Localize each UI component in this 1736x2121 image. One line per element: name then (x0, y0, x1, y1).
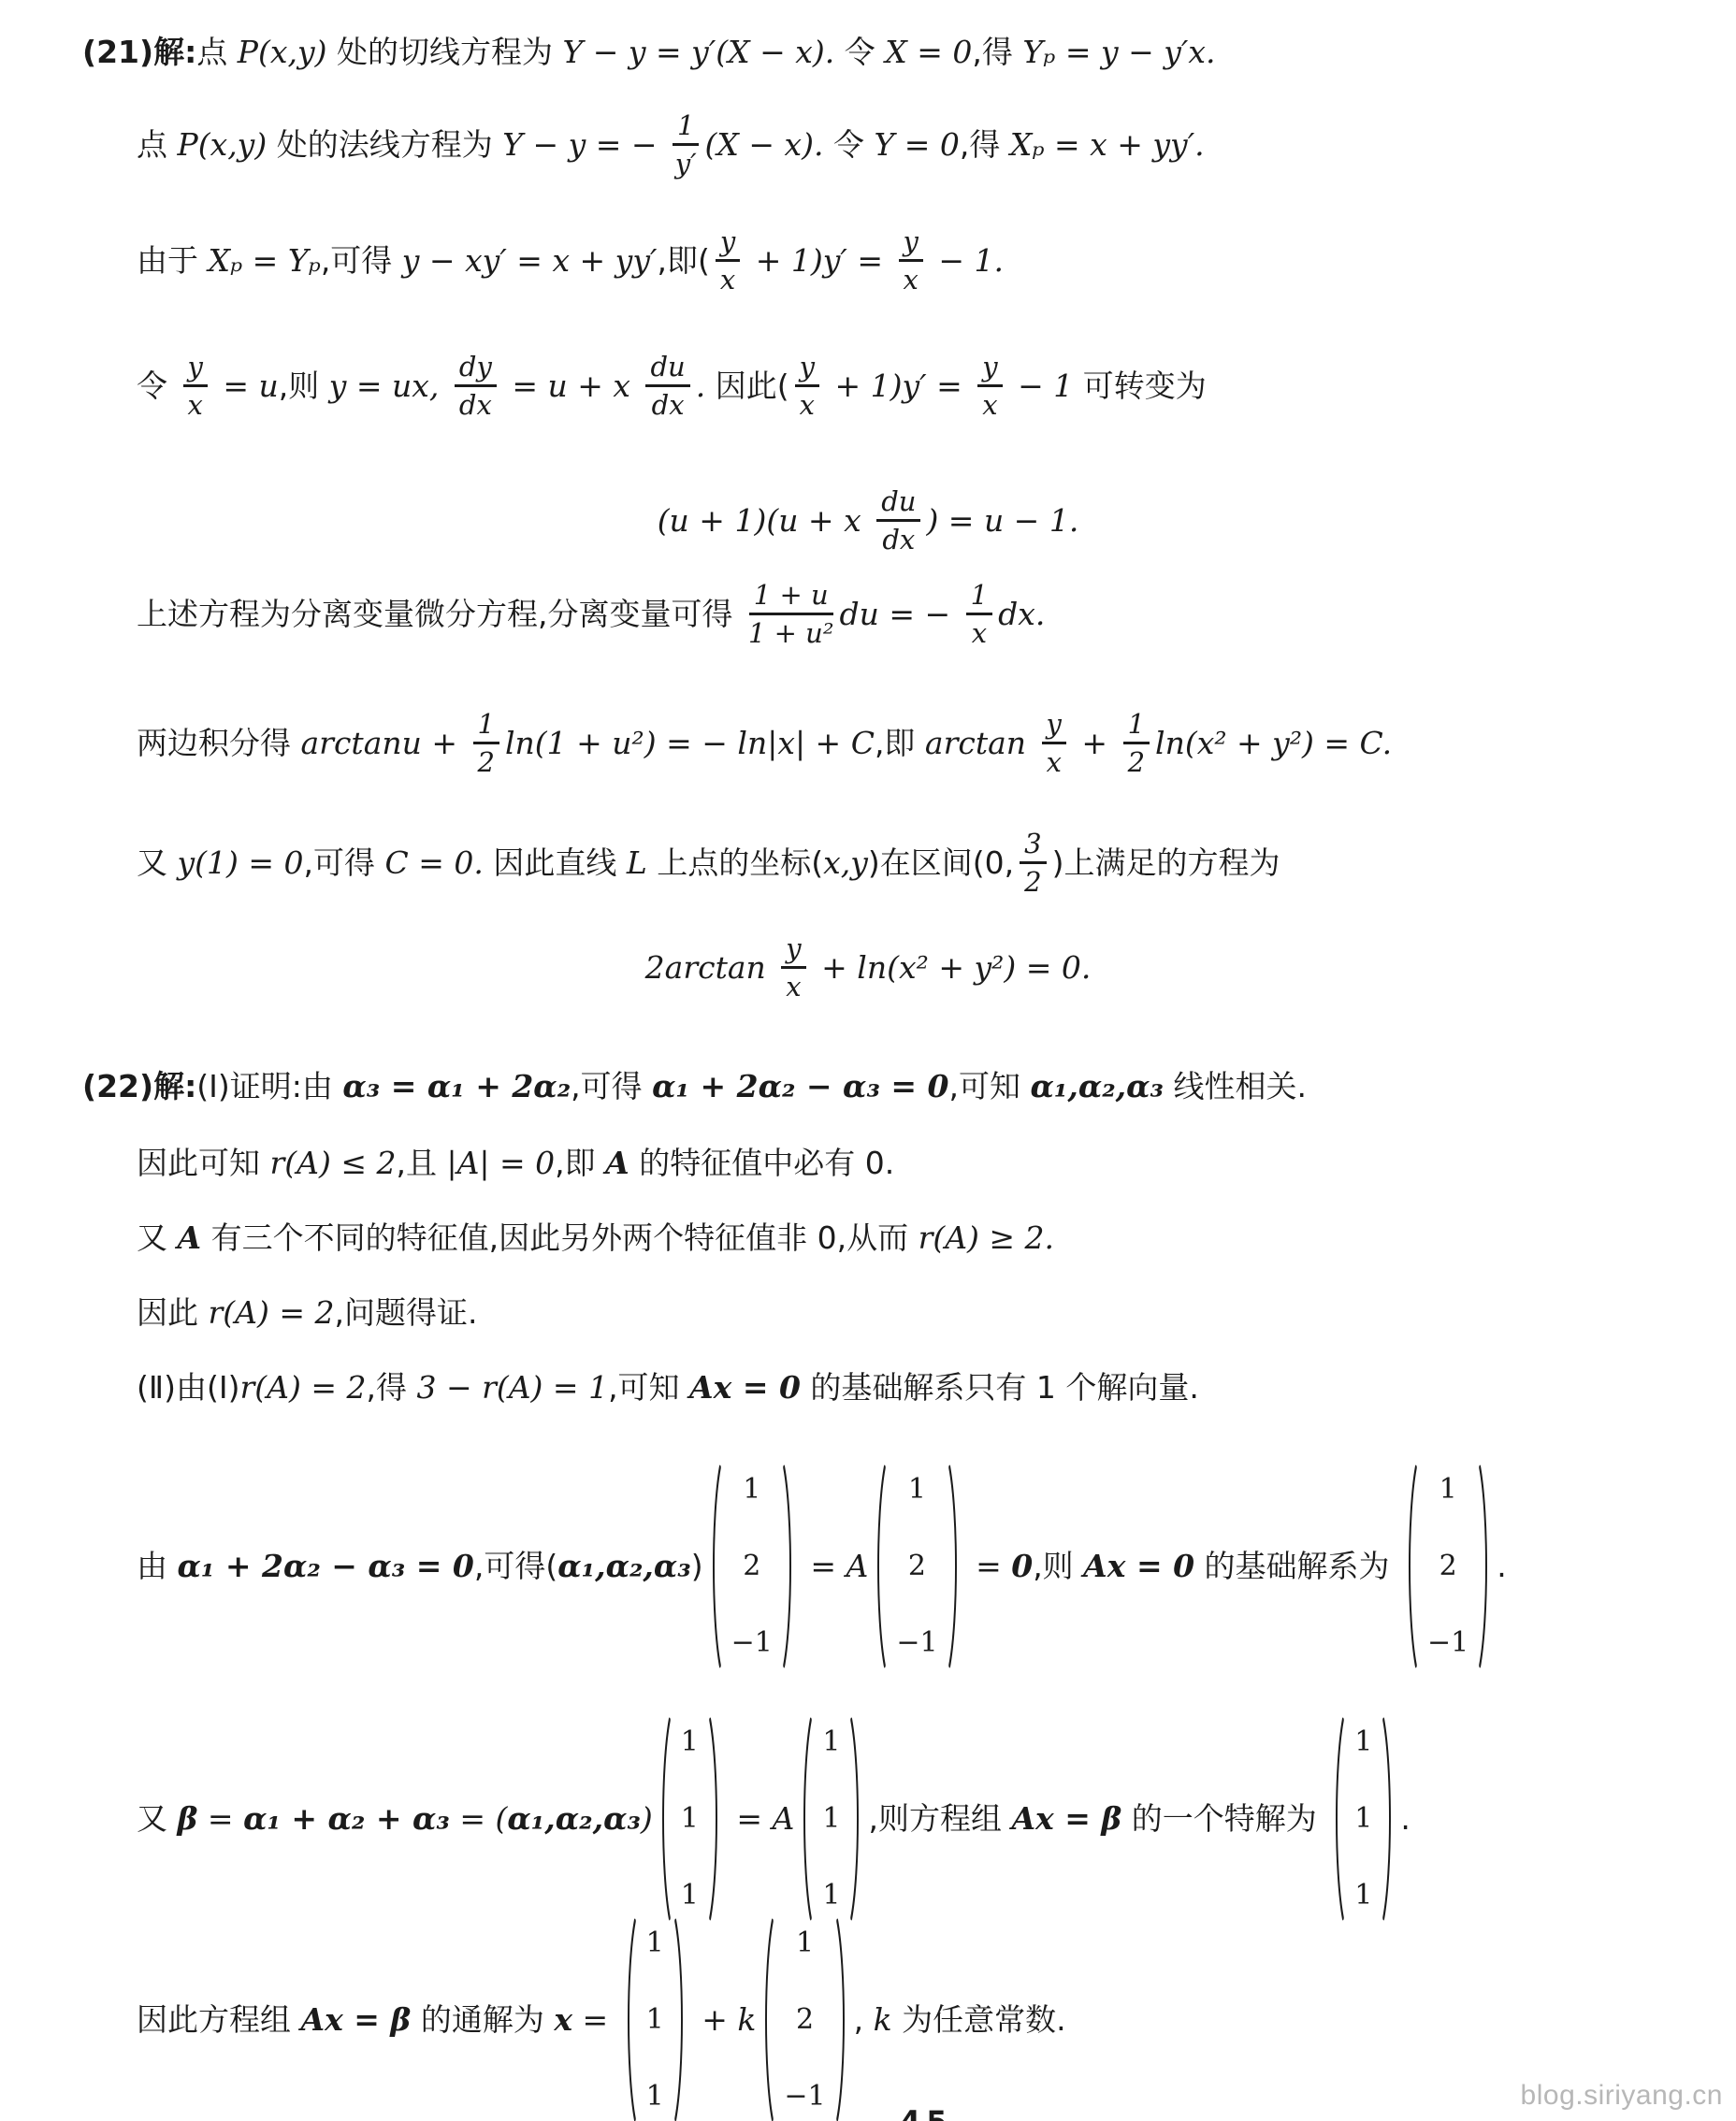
column-vector: 111 (1331, 1716, 1396, 1922)
right-paren-icon (673, 1917, 687, 2121)
text-run: ln(x² + y²) = C. (1155, 723, 1392, 765)
text-run: du = − (839, 594, 960, 636)
text-run: L (627, 843, 647, 885)
column-vector: 111 (658, 1716, 722, 1922)
text-run: ,可得( (474, 1546, 557, 1588)
solution-line: 两边积分得 arctanu + 12ln(1 + u²) = − ln|x| +… (137, 709, 1392, 778)
text-run: dx. (998, 594, 1045, 636)
text-run: α₁,α₂,α₃ (1030, 1066, 1164, 1108)
text-run: − 1. (929, 240, 1004, 282)
text-run: 两边积分得 (137, 723, 301, 765)
text-run: ,可得 (304, 843, 385, 885)
text-run: ln(1 + u²) = − ln|x| + C (505, 723, 875, 765)
right-paren-icon (835, 1917, 849, 2121)
solution-line: 又 β = α₁ + α₂ + α₃ = (α₁,α₂,α₃)111 = A11… (137, 1716, 1410, 1922)
left-paren-icon (873, 1464, 887, 1669)
text-run: arctan (925, 723, 1036, 765)
left-paren-icon (658, 1716, 672, 1922)
fraction: yx (1042, 709, 1066, 778)
solution-line: (Ⅱ)由(Ⅰ)r(A) = 2,得 3 − r(A) = 1,可知 Ax = 0… (137, 1367, 1199, 1409)
text-run: (X − x). (704, 124, 832, 166)
text-run: P(x,y) (238, 32, 327, 74)
column-vector: 111 (623, 1917, 687, 2121)
text-run: 点 (196, 32, 238, 74)
text-run: ,可得 (571, 1066, 652, 1108)
right-paren-icon (948, 1464, 962, 1669)
text-run: r(A) ≤ 2 (270, 1143, 397, 1185)
text-run: y − xy′ = x + yy′ (402, 240, 658, 282)
text-run: x,y (823, 843, 868, 885)
text-run: 又 (137, 843, 178, 885)
solution-line: 因此 r(A) = 2,问题得证. (137, 1292, 477, 1335)
solution-line: (22)解:(Ⅰ)证明:由 α₃ = α₁ + 2α₂,可得 α₁ + 2α₂ … (82, 1066, 1307, 1108)
text-run: (Ⅰ)证明:由 (196, 1066, 342, 1108)
text-run: = A (727, 1798, 794, 1840)
text-run: y = ux, (329, 366, 449, 408)
text-run: Xₚ = Yₚ (209, 240, 321, 282)
text-run: 又 (137, 1798, 178, 1840)
text-run: 的基础解系为 (1194, 1546, 1399, 1588)
text-run: ,可知 (949, 1066, 1031, 1108)
text-run: r(A) = 2 (239, 1367, 366, 1409)
text-run: ,得 (972, 32, 1022, 74)
text-run: )上满足的方程为 (1052, 843, 1280, 885)
text-run: 处的法线方程为 (267, 124, 502, 166)
text-run: = ( (450, 1798, 508, 1840)
text-run: α₃ = α₁ + 2α₂ (342, 1066, 571, 1108)
fraction: 1y′ (673, 110, 699, 180)
fraction: yx (899, 226, 923, 296)
text-run: + 1)y′ = (825, 366, 972, 408)
left-paren-icon (799, 1716, 813, 1922)
right-paren-icon (1478, 1464, 1492, 1669)
text-run: ,问题得证. (334, 1292, 477, 1335)
text-run: = A (801, 1546, 868, 1588)
text-run: 因此方程组 (137, 1999, 301, 2042)
fraction: yx (795, 352, 819, 421)
text-run: 令 (833, 124, 875, 166)
text-run: 上述方程为分离变量微分方程,分离变量可得 (137, 594, 743, 636)
text-run: α₁ + 2α₂ − α₃ = 0 (652, 1066, 948, 1108)
fraction: 1x (966, 580, 992, 649)
text-run: 因此可知 (137, 1143, 270, 1185)
text-run: k (874, 1999, 892, 2042)
text-run: A (605, 1143, 629, 1185)
text-run: + 1)y′ = (745, 240, 892, 282)
text-run: Ax = β (1011, 1798, 1121, 1840)
text-run: 因此( (716, 366, 789, 408)
text-run: 有三个不同的特征值,因此另外两个特征值非 0,从而 (201, 1218, 918, 1260)
solution-line: 令 yx = u,则 y = ux, dydx = u + x dudx. 因此… (137, 352, 1207, 421)
text-run: Xₚ = x + yy′. (1010, 124, 1205, 166)
text-run: + k (692, 1999, 757, 2042)
text-run: − 1 (1008, 366, 1083, 408)
right-paren-icon (1382, 1716, 1396, 1922)
solution-line: (21)解:点 P(x,y) 处的切线方程为 Y − y = y′(X − x)… (82, 32, 1216, 74)
solution-line: 又 y(1) = 0,可得 C = 0. 因此直线 L 上点的坐标(x,y)在区… (137, 829, 1280, 898)
text-run: Ax = 0 (1083, 1546, 1194, 1588)
text-run: (21) (82, 32, 153, 74)
text-run: 因此直线 (493, 843, 627, 885)
text-run: ,得 (960, 124, 1010, 166)
left-paren-icon (1331, 1716, 1345, 1922)
text-run: ) (691, 1546, 703, 1588)
text-run: 解: (153, 32, 196, 74)
text-run: Y − y = − (502, 124, 667, 166)
text-run: 令 (137, 366, 178, 408)
text-run: α₁,α₂,α₃ (507, 1798, 641, 1840)
text-run: 由于 (137, 240, 209, 282)
text-run: Ax = β (301, 1999, 412, 2042)
text-run: = (197, 1798, 243, 1840)
solution-line: 由 α₁ + 2α₂ − α₃ = 0,可得(α₁,α₂,α₃)12−1 = A… (137, 1464, 1507, 1669)
fraction: 12 (1123, 709, 1150, 778)
text-run: 的基础解系只有 1 个解向量. (801, 1367, 1199, 1409)
text-run: 线性相关. (1164, 1066, 1307, 1108)
text-run: 可转变为 (1083, 366, 1207, 408)
text-run: 因此 (137, 1292, 209, 1335)
text-run: = (572, 1999, 618, 2042)
fraction: yx (977, 352, 1002, 421)
column-vector: 12−1 (873, 1464, 961, 1669)
text-run: r(A) = 2 (209, 1292, 335, 1335)
text-run: 又 (137, 1218, 178, 1260)
text-run: ,可知 (608, 1367, 689, 1409)
text-run: (u + 1)(u + x (658, 500, 872, 542)
text-run: β (178, 1798, 198, 1840)
fraction: dudx (876, 486, 920, 555)
text-run: + ln(x² + y²) = 0. (812, 947, 1092, 989)
text-run: P(x,y) (178, 124, 268, 166)
text-run: Y − y = y′(X − x). (562, 32, 844, 74)
page-number-partial: 45 (900, 2104, 953, 2121)
text-run: ) = u − 1. (926, 500, 1078, 542)
text-run: 令 (845, 32, 886, 74)
text-run: . (696, 366, 716, 408)
solution-equation: (u + 1)(u + x dudx) = u − 1. (94, 486, 1642, 555)
solution-line: 点 P(x,y) 处的法线方程为 Y − y = − 1y′(X − x). 令… (137, 110, 1205, 180)
left-paren-icon (623, 1917, 637, 2121)
text-run: ) (641, 1798, 653, 1840)
text-run: . (1497, 1546, 1507, 1588)
text-run: , (854, 1999, 874, 2042)
fraction: yx (781, 933, 805, 1003)
solution-line: 由于 Xₚ = Yₚ,可得 y − xy′ = x + yy′,即(yx + 1… (137, 226, 1004, 296)
fraction: dudx (645, 352, 689, 421)
text-run: )在区间(0, (868, 843, 1014, 885)
text-run: ,且 (396, 1143, 446, 1185)
right-paren-icon (708, 1716, 722, 1922)
text-run: 3 − r(A) = 1 (416, 1367, 608, 1409)
column-vector: 111 (799, 1716, 863, 1922)
text-run: . (1400, 1798, 1410, 1840)
text-run: ,即 (875, 723, 925, 765)
text-run: r(A) ≥ 2. (919, 1218, 1054, 1260)
right-paren-icon (782, 1464, 796, 1669)
watermark: blog.siriyang.cn (1521, 2080, 1723, 2112)
text-run: 的一个特解为 (1121, 1798, 1326, 1840)
solution-line: 上述方程为分离变量微分方程,分离变量可得 1 + u1 + u²du = − 1… (137, 580, 1045, 649)
text-run: 处的切线方程为 (327, 32, 563, 74)
text-run: Yₚ = y − y′x. (1022, 32, 1215, 74)
fraction: yx (716, 226, 740, 296)
text-run: ,即 (555, 1143, 605, 1185)
left-paren-icon (760, 1917, 774, 2121)
document-page: (21)解:点 P(x,y) 处的切线方程为 Y − y = y′(X − x)… (0, 0, 1736, 2121)
text-run: (22) (82, 1066, 153, 1108)
column-vector: 12−1 (708, 1464, 796, 1669)
text-run: ,即( (657, 240, 709, 282)
right-paren-icon (849, 1716, 863, 1922)
solution-line: 因此方程组 Ax = β 的通解为 x = 111 + k12−1, k 为任意… (137, 1917, 1066, 2121)
text-run: C = 0. (385, 843, 494, 885)
text-run: (Ⅱ)由(Ⅰ) (137, 1367, 239, 1409)
text-run: = (966, 1546, 1012, 1588)
column-vector: 12−1 (760, 1917, 848, 2121)
column-vector: 12−1 (1404, 1464, 1492, 1669)
fraction: 12 (473, 709, 499, 778)
text-run: α₁ + α₂ + α₃ (243, 1798, 450, 1840)
text-run: X = 0 (885, 32, 972, 74)
text-run: 为任意常数. (892, 1999, 1066, 2042)
text-run: = u + x (502, 366, 641, 408)
text-run: 的通解为 (411, 1999, 554, 2042)
left-paren-icon (708, 1464, 722, 1669)
text-run: 0 (1011, 1546, 1033, 1588)
text-run: ,则 (279, 366, 329, 408)
fraction: 1 + u1 + u² (748, 580, 834, 649)
text-run: 解: (153, 1066, 196, 1108)
text-run: α₁ + 2α₂ − α₃ = 0 (178, 1546, 474, 1588)
text-run: 由 (137, 1546, 178, 1588)
text-run: 的特征值中必有 0. (629, 1143, 894, 1185)
text-run: x (554, 1999, 572, 2042)
text-run: |A| = 0 (446, 1143, 555, 1185)
left-paren-icon (1404, 1464, 1418, 1669)
text-run: A (178, 1218, 202, 1260)
fraction: dydx (455, 352, 497, 421)
solution-line: 又 A 有三个不同的特征值,因此另外两个特征值非 0,从而 r(A) ≥ 2. (137, 1218, 1054, 1260)
text-run: + (1072, 723, 1118, 765)
text-run: ,则 (1033, 1546, 1083, 1588)
text-run: Y = 0 (874, 124, 959, 166)
fraction: 32 (1020, 829, 1046, 898)
text-run: α₁,α₂,α₃ (557, 1546, 691, 1588)
text-run: = u (213, 366, 279, 408)
text-run: 点 (137, 124, 178, 166)
text-run: Ax = 0 (689, 1367, 801, 1409)
text-run: ,得 (366, 1367, 416, 1409)
text-run: arctanu + (301, 723, 468, 765)
text-run: ,可得 (321, 240, 402, 282)
text-run: 2arctan (645, 947, 776, 989)
solution-line: 因此可知 r(A) ≤ 2,且 |A| = 0,即 A 的特征值中必有 0. (137, 1143, 894, 1185)
fraction: yx (183, 352, 208, 421)
text-run: 上点的坐标( (647, 843, 823, 885)
text-run: ,则方程组 (868, 1798, 1011, 1840)
text-run: y(1) = 0 (178, 843, 304, 885)
solution-equation: 2arctan yx + ln(x² + y²) = 0. (94, 933, 1642, 1003)
